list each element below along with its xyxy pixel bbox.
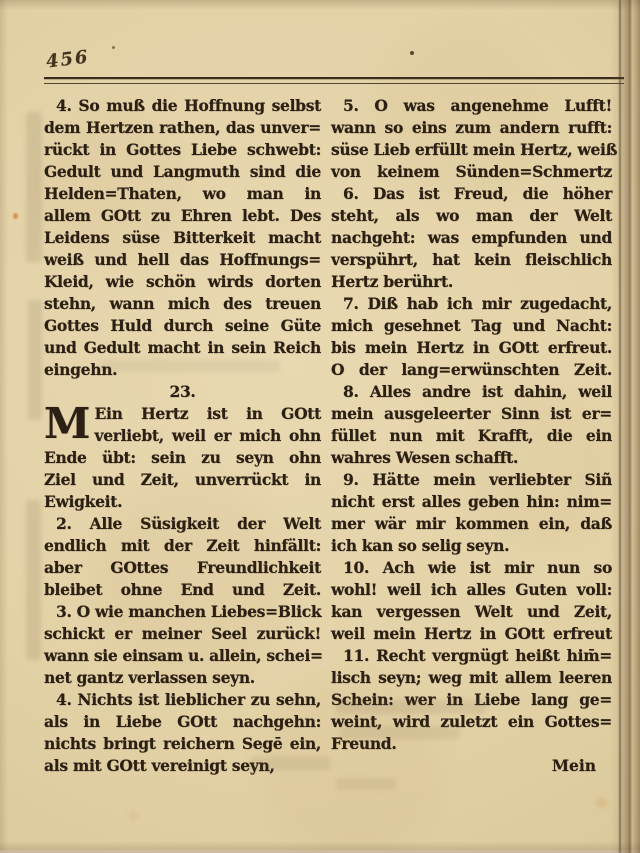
- text-line: nachgeht: was empfunden und: [331, 227, 612, 249]
- text-line: wohl! weil ich alles Guten voll:: [331, 579, 612, 601]
- text-line: lisch seyn; weg mit allem leeren: [331, 667, 612, 689]
- paper-stain: [128, 812, 138, 820]
- text-line: 7. Diß hab ich mir zugedacht,: [331, 293, 612, 315]
- left-text-column: 4. So muß die Hoffnung selbst dem Hertze…: [44, 95, 321, 777]
- text-line: wann so eins zum andern rufft:: [331, 117, 612, 139]
- text-line: weiß und hell das Hoffnungs=: [44, 249, 321, 271]
- text-line: dem Hertzen rathen, das unver=: [44, 117, 321, 139]
- text-line: bleibet ohne End und Zeit.: [44, 579, 321, 601]
- page-edge-shadow-right: [610, 0, 640, 853]
- text-line: weil mein Hertz in GOtt erfreut: [331, 623, 612, 645]
- text-line: net gantz verlassen seyn.: [44, 667, 321, 689]
- text-line: 2. Alle Süsigkeit der Welt: [44, 513, 321, 535]
- header-rule-bottom: [44, 83, 624, 84]
- text-line: füllet nun mit Krafft, die ein: [331, 425, 612, 447]
- text-line: mein ausgeleerter Sinn ist er=: [331, 403, 612, 425]
- bleed-through-smudge: [250, 757, 330, 770]
- text-line: endlich mit der Zeit hinfällt:: [44, 535, 321, 557]
- book-page: 456 4. So muß die Hoffnung selbst dem He…: [0, 0, 640, 853]
- drop-cap-initial: M: [44, 403, 90, 447]
- text-line: Ziel und Zeit, unverrückt in: [44, 469, 321, 491]
- right-text-column: 5. O was angenehme Lufft! wann so eins z…: [331, 95, 612, 777]
- bleed-through-smudge: [26, 112, 42, 262]
- text-line: Gedult und Langmuth sind die: [44, 161, 321, 183]
- text-line: verspührt, hat kein fleischlich: [331, 249, 612, 271]
- text-line: kan vergessen Welt und Zeit,: [331, 601, 612, 623]
- text-line: Kleid, wie schön wirds dorten: [44, 271, 321, 293]
- text-line: 4. Nichts ist lieblicher zu sehn,: [44, 689, 321, 711]
- header-rule-top: [44, 77, 624, 79]
- text-line: Ende übt: sein zu seyn ohn: [44, 447, 321, 469]
- text-line: 11. Recht vergnügt heißt him̄=: [331, 645, 612, 667]
- text-line: Leidens süse Bitterkeit macht: [44, 227, 321, 249]
- ink-speck: [112, 46, 115, 49]
- text-line: und Gedult macht in sein Reich: [44, 337, 321, 359]
- text-line: steht, als wo man der Welt: [331, 205, 612, 227]
- text-line: mich gesehnet Tag und Nacht:: [331, 315, 612, 337]
- text-line: Gottes Huld durch seine Güte: [44, 315, 321, 337]
- text-line: mer wär mir kommen ein, daß: [331, 513, 612, 535]
- bleed-through-smudge: [28, 300, 42, 420]
- text-line: 4. So muß die Hoffnung selbst: [44, 95, 321, 117]
- paper-stain: [596, 798, 608, 808]
- ink-speck: [13, 213, 18, 219]
- page-crease-line: [619, 0, 621, 853]
- text-line: Hertz berührt.: [331, 271, 612, 293]
- text-line: 6. Das ist Freud, die höher: [331, 183, 612, 205]
- text-line: ich kan so selig seyn.: [331, 535, 612, 557]
- page-edge-shadow-top: [0, 0, 640, 10]
- text-line: nicht erst alles geben hin: nim=: [331, 491, 612, 513]
- bleed-through-smudge: [100, 360, 280, 372]
- text-line: Ewigkeit.: [44, 491, 321, 513]
- catchword: Mein: [331, 755, 612, 777]
- text-line: 8. Alles andre ist dahin, weil: [331, 381, 612, 403]
- text-line: O der lang=erwünschten Zeit.: [331, 359, 612, 381]
- text-line: 9. Hätte mein verliebter Siñ: [331, 469, 612, 491]
- text-line: wann sie einsam u. allein, schei=: [44, 645, 321, 667]
- bleed-through-smudge: [340, 726, 460, 739]
- drop-cap-block: M Ein Hertz ist in GOtt verliebt, weil e…: [44, 403, 321, 447]
- text-line: stehn, wann mich des treuen: [44, 293, 321, 315]
- text-line: als in Liebe GOtt nachgehn:: [44, 711, 321, 733]
- text-line: allem GOtt zu Ehren lebt. Des: [44, 205, 321, 227]
- page-edge-shadow-left: [0, 0, 8, 853]
- page-number: 456: [45, 46, 91, 72]
- text-line: aber GOttes Freundlichkeit: [44, 557, 321, 579]
- text-line: 5. O was angenehme Lufft!: [331, 95, 612, 117]
- bleed-through-smudge: [336, 700, 486, 714]
- ink-speck: [266, 256, 270, 260]
- text-line: wahres Wesen schafft.: [331, 447, 612, 469]
- text-line: 10. Ach wie ist mir nun so: [331, 557, 612, 579]
- text-line: Helden=Thaten, wo man in: [44, 183, 321, 205]
- bleed-through-smudge: [336, 778, 396, 790]
- ink-speck: [410, 51, 414, 55]
- text-line: rückt in Gottes Liebe schwebt:: [44, 139, 321, 161]
- text-line: 3. O wie manchen Liebes=Blick: [44, 601, 321, 623]
- text-line: bis mein Hertz in GOtt erfreut.: [331, 337, 612, 359]
- bleed-through-smudge: [26, 500, 41, 660]
- text-line: süse Lieb erfüllt mein Hertz, weiß: [331, 139, 612, 161]
- text-line: schickt er meiner Seel zurück!: [44, 623, 321, 645]
- text-line: nichts bringt reichern Segē ein,: [44, 733, 321, 755]
- text-line: von keinem Sünden=Schmertz: [331, 161, 612, 183]
